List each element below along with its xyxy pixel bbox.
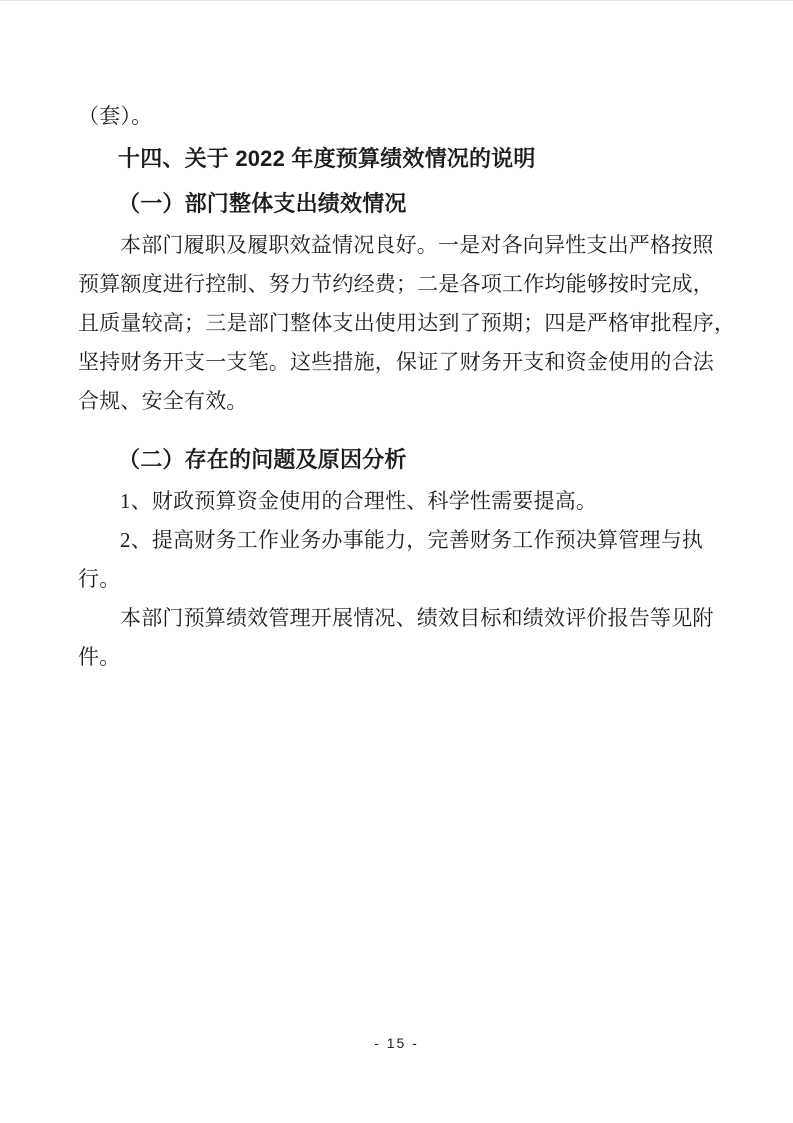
document-page: （套）。 十四、关于 2022 年度预算绩效情况的说明 （一）部门整体支出绩效情… bbox=[0, 0, 793, 1123]
list-item-1-line: 1、财政预算资金使用的合理性、科学性需要提高。 bbox=[78, 482, 718, 521]
paragraph-line: 坚持财务开支一支笔。这些措施，保证了财务开支和资金使用的合法 bbox=[78, 343, 718, 382]
paragraph-line: 本部门履职及履职效益情况良好。一是对各向异性支出严格按照 bbox=[78, 226, 718, 265]
paragraph-line: 预算额度进行控制、努力节约经费；二是各项工作均能够按时完成， bbox=[78, 265, 718, 304]
subsection-2-heading: （二）存在的问题及原因分析 bbox=[78, 437, 718, 482]
closing-paragraph-line: 件。 bbox=[78, 638, 718, 677]
closing-paragraph-line: 本部门预算绩效管理开展情况、绩效目标和绩效评价报告等见附 bbox=[78, 599, 718, 638]
paragraph-line: 合规、安全有效。 bbox=[78, 382, 718, 421]
list-item-2-line: 2、提高财务工作业务办事能力，完善财务工作预决算管理与执 bbox=[78, 521, 718, 560]
document-content: （套）。 十四、关于 2022 年度预算绩效情况的说明 （一）部门整体支出绩效情… bbox=[78, 97, 718, 677]
section-heading: 十四、关于 2022 年度预算绩效情况的说明 bbox=[78, 136, 718, 181]
subsection-1-heading: （一）部门整体支出绩效情况 bbox=[78, 181, 718, 226]
page-number: - 15 - bbox=[0, 1033, 793, 1053]
carryover-text: （套）。 bbox=[78, 97, 718, 136]
list-item-2-line: 行。 bbox=[78, 560, 718, 599]
paragraph-line: 且质量较高；三是部门整体支出使用达到了预期；四是严格审批程序， bbox=[78, 304, 718, 343]
